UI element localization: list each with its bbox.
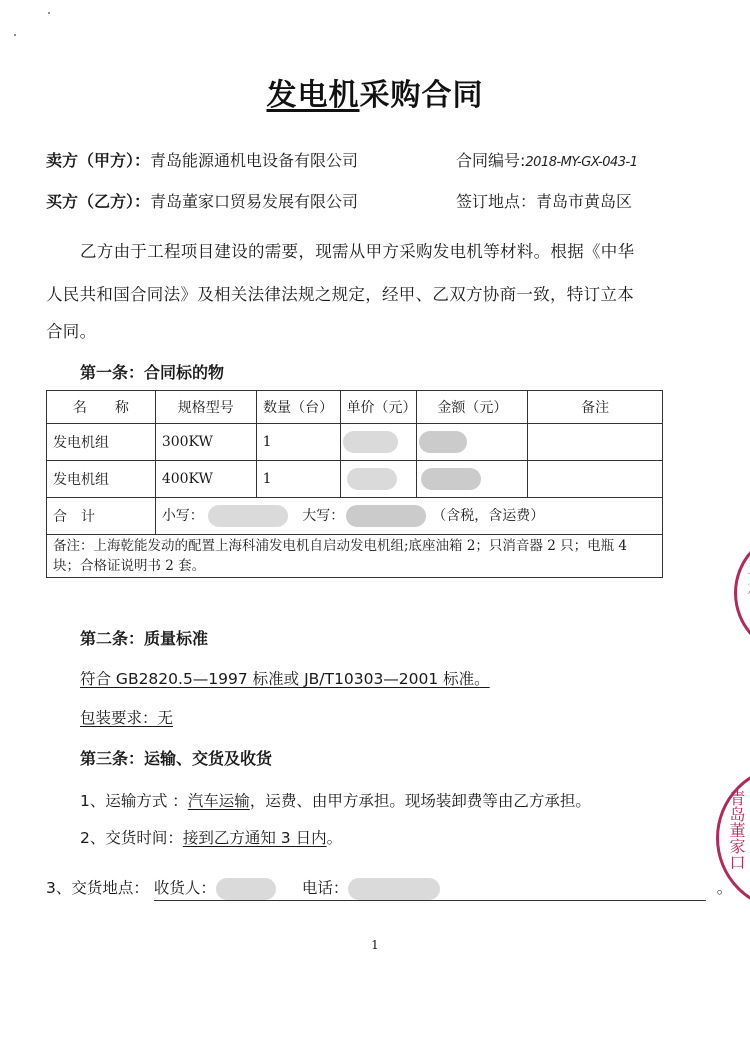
page-number: 1 bbox=[0, 938, 750, 952]
stamp-text: 文份 bbox=[743, 569, 750, 601]
redaction-blur bbox=[216, 878, 276, 900]
contract-no-value: 2018-MY-GX-043-1 bbox=[525, 155, 637, 170]
title-rest: 采购合同 bbox=[360, 78, 484, 113]
header-spec: 规格型号 bbox=[155, 391, 256, 424]
company-stamp-upper: 文份 bbox=[734, 530, 750, 656]
delivery-time-value: 接到乙方通知 3 日内 bbox=[183, 829, 327, 847]
header-unit-price: 单价（元） bbox=[340, 391, 417, 424]
delivery-place-prefix: 3、交货地点： bbox=[46, 879, 149, 897]
cell-remark bbox=[528, 461, 663, 498]
article-2-heading: 第二条：质量标准 bbox=[80, 626, 208, 649]
sign-place-value: 青岛市黄岛区 bbox=[536, 192, 632, 211]
seller-name: 青岛能源通机电设备有限公司 bbox=[150, 151, 358, 170]
delivery-time-end: 。 bbox=[327, 829, 343, 847]
receiver-label: 收货人： bbox=[154, 879, 216, 897]
header-qty: 数量（台） bbox=[256, 391, 340, 424]
transport-line: 1、运输方式 ：汽车运输，运费、由甲方承担。现场装卸费等由乙方承担。 bbox=[80, 789, 591, 811]
phone-label: 电话： bbox=[302, 879, 349, 897]
total-value-cell: 小写： 大写：（含税，含运费） bbox=[155, 498, 662, 535]
table-row: 发电机组 400KW 1 bbox=[47, 461, 663, 498]
total-row: 合 计 小写： 大写：（含税，含运费） bbox=[47, 498, 663, 535]
scan-speck bbox=[48, 12, 50, 14]
title-underlined-part: 发电机 bbox=[267, 78, 360, 113]
intro-line-3: 合同。 bbox=[46, 318, 96, 342]
redaction-blur bbox=[421, 468, 481, 490]
seller-label: 卖方（甲方）： bbox=[46, 151, 150, 170]
stamp-text: 青岛董家口 bbox=[725, 790, 748, 870]
redaction-blur bbox=[348, 878, 440, 900]
header-name: 名 称 bbox=[47, 391, 156, 424]
contract-no-line: 合同编号:2018-MY-GX-043-1 bbox=[456, 148, 638, 171]
cell-unit-price bbox=[340, 424, 417, 461]
phone-field: 电话： bbox=[286, 876, 706, 901]
intro-line-1: 乙方由于工程项目建设的需要，现需从甲方采购发电机等材料。根据《中华 bbox=[80, 238, 634, 262]
table-header-row: 名 称 规格型号 数量（台） 单价（元） 金额（元） 备注 bbox=[47, 391, 663, 424]
cell-qty: 1 bbox=[256, 461, 340, 498]
packaging-requirement: 包装要求：无 bbox=[80, 706, 173, 728]
article-3-heading: 第三条：运输、交货及收货 bbox=[80, 746, 272, 769]
items-table: 名 称 规格型号 数量（台） 单价（元） 金额（元） 备注 发电机组 300KW… bbox=[46, 390, 663, 578]
redaction-blur bbox=[208, 505, 288, 527]
cell-name: 发电机组 bbox=[47, 461, 156, 498]
note-cell: 备注：上海乾能发动的配置上海科浦发电机自启动发电机组;底座油箱 2；只消音器 2… bbox=[47, 535, 663, 578]
delivery-time-line: 2、交货时间：接到乙方通知 3 日内。 bbox=[80, 826, 342, 848]
delivery-time-prefix: 2、交货时间： bbox=[80, 829, 183, 847]
redaction-blur bbox=[343, 431, 398, 453]
delivery-place-line: 3、交货地点： 收货人： 电话： 。 bbox=[46, 876, 732, 901]
quality-standard: 符合 GB2820.5—1997 标准或 JB/T10303—2001 标准。 bbox=[80, 667, 490, 689]
cell-remark bbox=[528, 424, 663, 461]
sign-place-line: 签订地点：青岛市黄岛区 bbox=[456, 189, 632, 212]
document-title: 发电机采购合同 bbox=[0, 70, 750, 114]
note-row: 备注：上海乾能发动的配置上海科浦发电机自启动发电机组;底座油箱 2；只消音器 2… bbox=[47, 535, 663, 578]
buyer-name: 青岛董家口贸易发展有限公司 bbox=[150, 192, 358, 211]
redaction-blur bbox=[346, 505, 426, 527]
receiver-field: 收货人： bbox=[154, 876, 286, 901]
cell-amount bbox=[417, 424, 528, 461]
cell-spec: 400KW bbox=[155, 461, 256, 498]
sign-place-label: 签订地点： bbox=[456, 192, 536, 211]
redaction-blur bbox=[419, 431, 467, 453]
transport-rest: ，运费、由甲方承担。现场装卸费等由乙方承担。 bbox=[250, 792, 591, 810]
transport-prefix: 1、运输方式 ： bbox=[80, 792, 188, 810]
total-label: 合 计 bbox=[47, 498, 156, 535]
total-suffix: （含税，含运费） bbox=[432, 508, 544, 524]
intro-line-2: 人民共和国合同法》及相关法律法规之规定，经甲、乙双方协商一致，特订立本 bbox=[46, 281, 634, 305]
cell-amount bbox=[417, 461, 528, 498]
total-small-label: 小写： bbox=[162, 508, 204, 524]
buyer-line: 买方（乙方）：青岛董家口贸易发展有限公司 bbox=[46, 189, 358, 212]
cell-spec: 300KW bbox=[155, 424, 256, 461]
cell-name: 发电机组 bbox=[47, 424, 156, 461]
scan-speck bbox=[14, 34, 16, 36]
cell-qty: 1 bbox=[256, 424, 340, 461]
redaction-blur bbox=[347, 468, 397, 490]
transport-mode: 汽车运输 bbox=[188, 792, 250, 810]
table-row: 发电机组 300KW 1 bbox=[47, 424, 663, 461]
header-amount: 金额（元） bbox=[417, 391, 528, 424]
total-big-label: 大写： bbox=[302, 508, 344, 524]
header-remark: 备注 bbox=[528, 391, 663, 424]
article-1-heading: 第一条：合同标的物 bbox=[80, 360, 224, 383]
seller-line: 卖方（甲方）：青岛能源通机电设备有限公司 bbox=[46, 148, 358, 171]
cell-unit-price bbox=[340, 461, 417, 498]
buyer-label: 买方（乙方）： bbox=[46, 192, 150, 211]
contract-no-label: 合同编号: bbox=[456, 151, 525, 170]
